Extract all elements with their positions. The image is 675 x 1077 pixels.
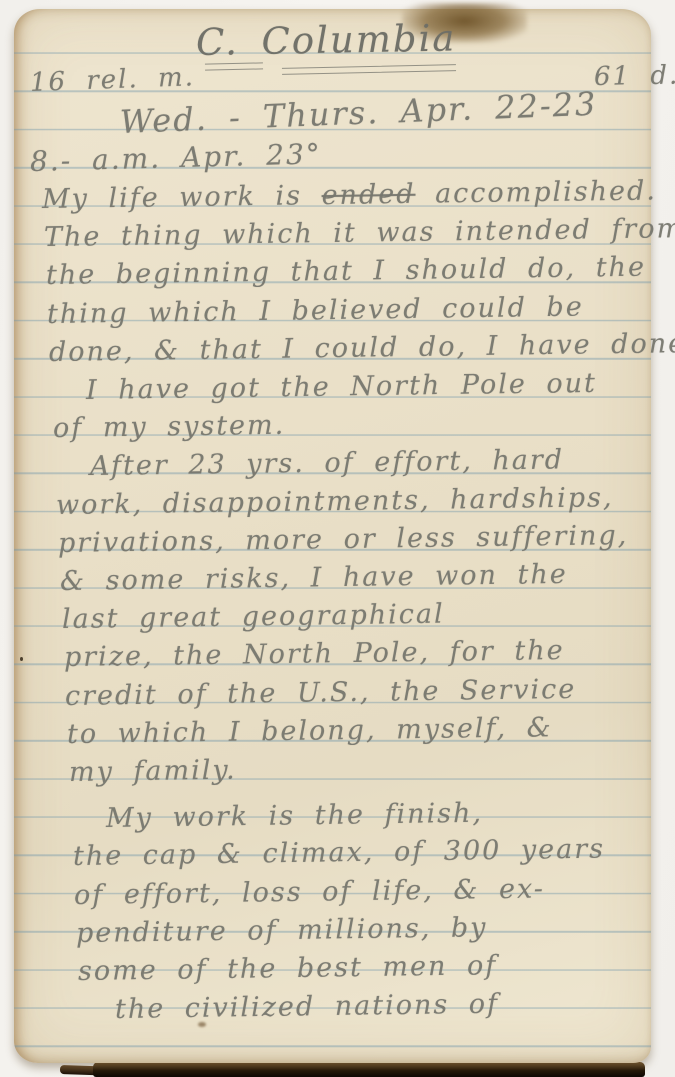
handwriting-line: the civilized nations of [115,991,499,1023]
handwriting-line: credit of the U.S., the Service [65,675,577,709]
handwriting-line: done, & that I could do, I have done. [49,330,675,366]
handwriting-line: My life work is ended accomplished. [42,177,657,213]
page-stack-edge-bottom [93,1062,645,1077]
page-title: C. Columbia [196,19,457,61]
handwriting-line: privations, more or less suffering, [58,522,629,557]
margin-note-left: 16 rel. m. [30,64,196,96]
margin-note-right: 61 d. [594,63,675,90]
handwriting-line: last great geographical [62,601,445,633]
handwriting-line: & some risks, I have won the [60,561,568,595]
photo-background: C. Columbia 16 rel. m. 61 d. Wed. - Thur… [0,0,675,1077]
time-heading: 8.- a.m. Apr. 23° [30,140,323,176]
handwriting-line: some of the best men of [78,952,498,985]
handwriting-line: of effort, loss of life, & ex- [74,875,545,909]
handwriting-line: prize, the North Pole, for the [63,637,564,671]
handwriting-line: the cap & climax, of 300 years [72,836,604,870]
title-underline [205,62,263,70]
handwriting-line: My work is the finish, [106,800,483,832]
handwriting-line: work, disappointments, hardships, [56,484,614,519]
handwriting-line: of my system. [53,412,286,442]
struck-word: ended [321,179,415,211]
handwriting-line: I have got the North Pole out [86,370,597,404]
handwriting-line: my family. [69,757,237,786]
handwriting-line: After 23 yrs. of effort, hard [89,447,563,481]
wear-speck [20,657,23,661]
handwriting-line: to which I belong, myself, & [67,714,553,748]
handwriting-line: thing which I believed could be [47,293,584,327]
handwriting-line: penditure of millions, by [76,914,488,947]
